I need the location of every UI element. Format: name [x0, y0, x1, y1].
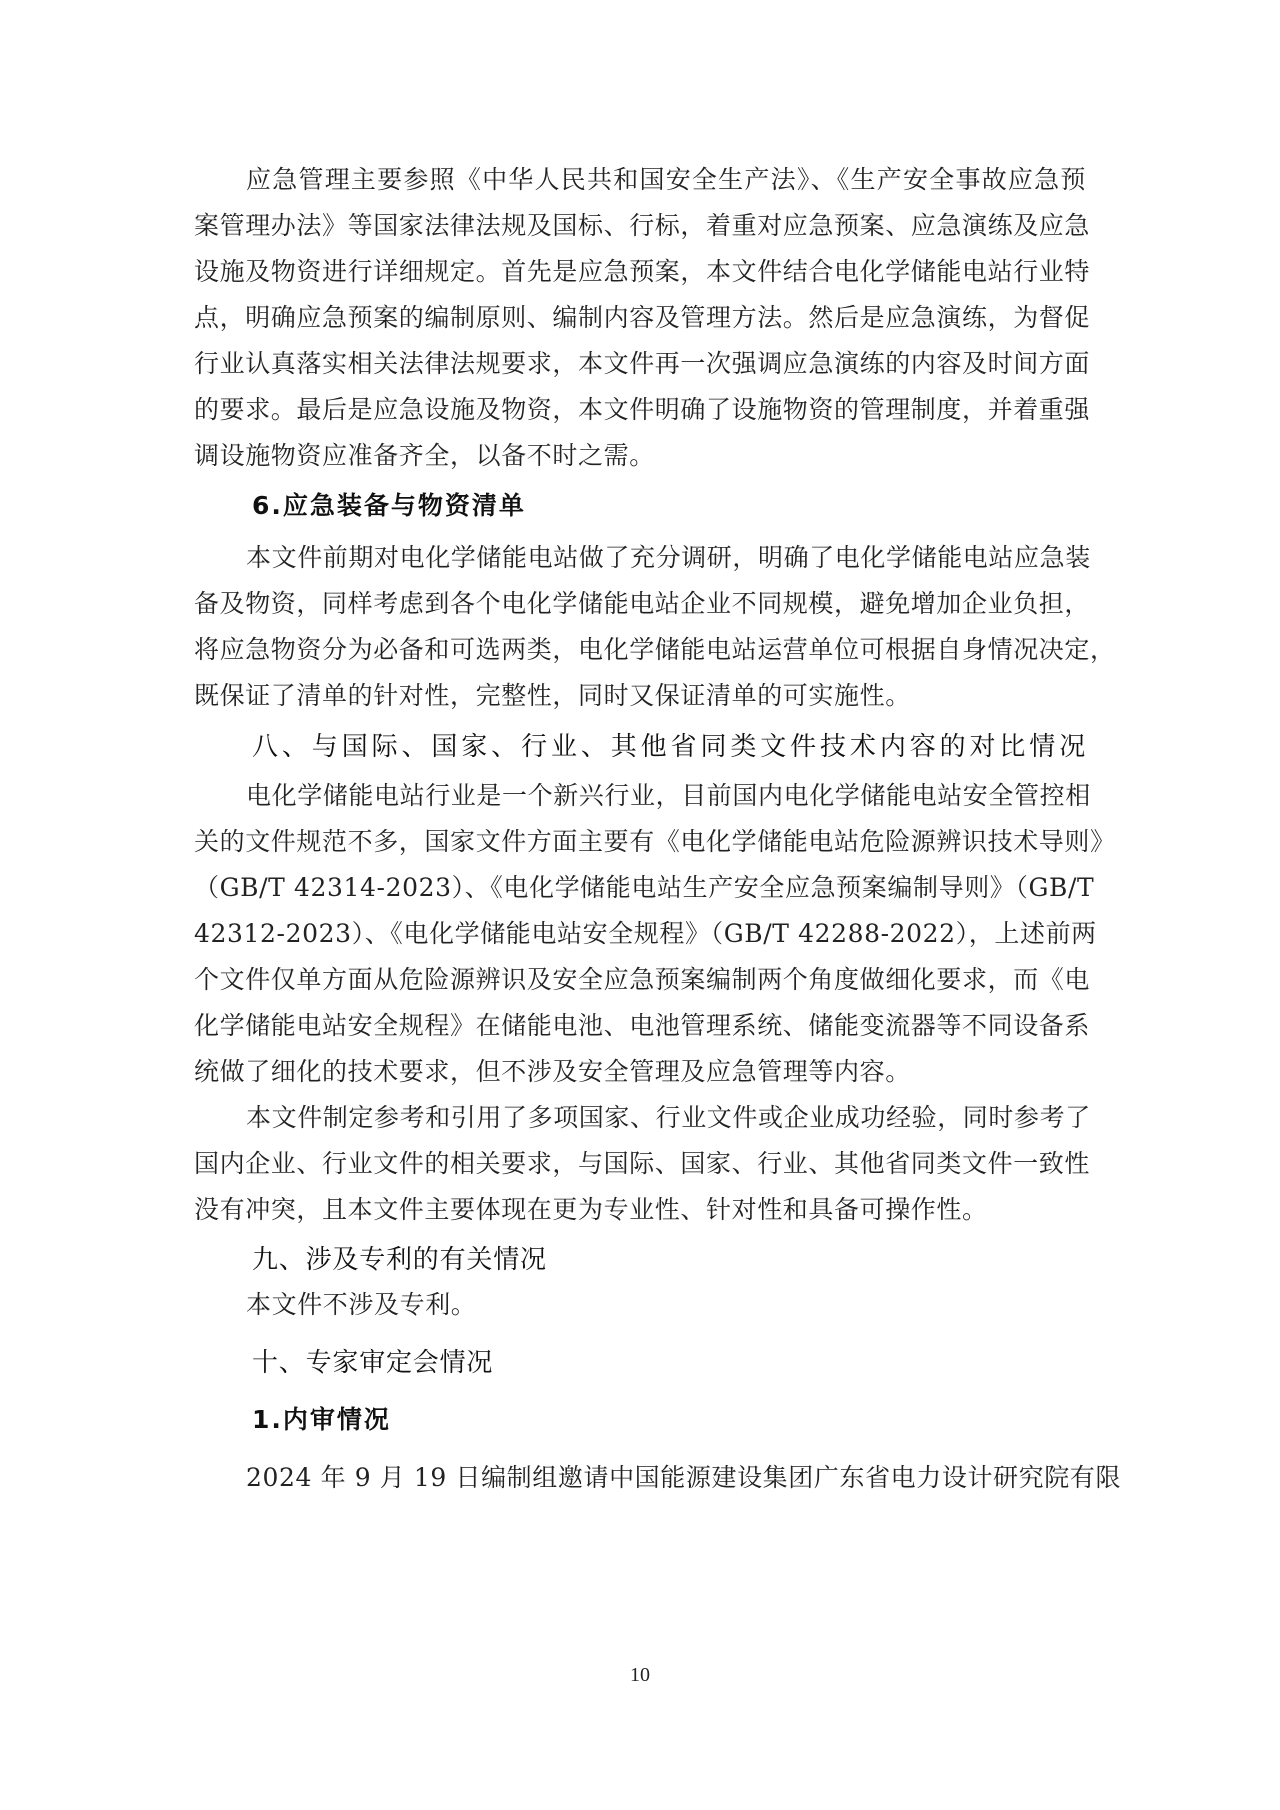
text-line: 既保证了清单的针对性，完整性，同时又保证清单的可实施性。: [194, 679, 1086, 713]
text-line: 案管理办法》等国家法律法规及国标、行标，着重对应急预案、应急演练及应急: [194, 209, 1086, 243]
heading-comparison: 八、与国际、国家、行业、其他省同类文件技术内容的对比情况: [252, 729, 1086, 765]
subheading-internal-review: 1.内审情况: [252, 1403, 391, 1437]
text-line: 2024 年 9 月 19 日编制组邀请中国能源建设集团广东省电力设计研究院有限: [246, 1461, 1086, 1495]
page-number: 10: [0, 1664, 1280, 1687]
text-line: 设施及物资进行详细规定。首先是应急预案，本文件结合电化学储能电站行业特: [194, 255, 1086, 289]
text-line: （GB/T 42314-2023）、《电化学储能电站生产安全应急预案编制导则》（…: [194, 871, 1086, 905]
text-line: 没有冲突，且本文件主要体现在更为专业性、针对性和具备可操作性。: [194, 1193, 1086, 1227]
text-line: 化学储能电站安全规程》在储能电池、电池管理系统、储能变流器等不同设备系: [194, 1009, 1086, 1043]
text-line: 备及物资，同样考虑到各个电化学储能电站企业不同规模，避免增加企业负担，: [194, 587, 1086, 621]
subheading-equipment-list: 6.应急装备与物资清单: [252, 489, 526, 523]
heading-patents: 九、涉及专利的有关情况: [252, 1242, 547, 1278]
text-line: 将应急物资分为必备和可选两类，电化学储能电站运营单位可根据自身情况决定，: [194, 633, 1086, 667]
text-line: 点，明确应急预案的编制原则、编制内容及管理方法。然后是应急演练，为督促: [194, 301, 1086, 335]
text-line: 42312-2023）、《电化学储能电站安全规程》（GB/T 42288-202…: [194, 917, 1086, 951]
text-line: 的要求。最后是应急设施及物资，本文件明确了设施物资的管理制度，并着重强: [194, 393, 1086, 427]
text-line: 本文件前期对电化学储能电站做了充分调研，明确了电化学储能电站应急装: [246, 541, 1086, 575]
heading-expert-review: 十、专家审定会情况: [252, 1345, 493, 1381]
text-line: 关的文件规范不多，国家文件方面主要有《电化学储能电站危险源辨识技术导则》: [194, 825, 1086, 859]
text-line: 电化学储能电站行业是一个新兴行业，目前国内电化学储能电站安全管控相: [246, 779, 1086, 813]
text-line: 本文件制定参考和引用了多项国家、行业文件或企业成功经验，同时参考了: [246, 1101, 1086, 1135]
text-line: 国内企业、行业文件的相关要求，与国际、国家、行业、其他省同类文件一致性: [194, 1147, 1086, 1181]
text-line: 调设施物资应准备齐全，以备不时之需。: [194, 439, 1086, 473]
text-line: 本文件不涉及专利。: [246, 1288, 1086, 1322]
text-line: 个文件仅单方面从危险源辨识及安全应急预案编制两个角度做细化要求，而《电: [194, 963, 1086, 997]
text-line: 行业认真落实相关法律法规要求，本文件再一次强调应急演练的内容及时间方面: [194, 347, 1086, 381]
text-line: 统做了细化的技术要求，但不涉及安全管理及应急管理等内容。: [194, 1055, 1086, 1089]
document-page: 应急管理主要参照《中华人民共和国安全生产法》、《生产安全事故应急预 案管理办法》…: [0, 0, 1280, 1810]
text-line: 应急管理主要参照《中华人民共和国安全生产法》、《生产安全事故应急预: [246, 163, 1086, 197]
